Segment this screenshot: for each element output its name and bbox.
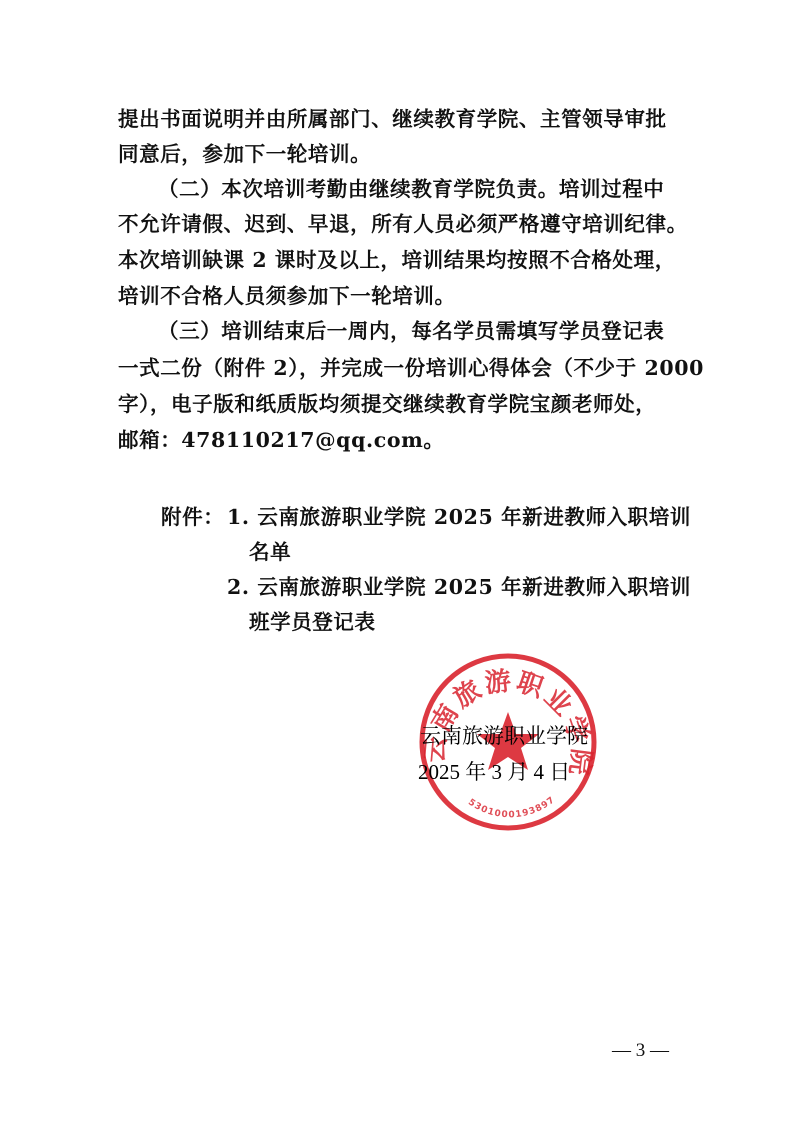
- page-number: — 3 —: [612, 1040, 669, 1062]
- attachment-item-1: 1. 云南旅游职业学院 2025 年新进教师入职培训: [227, 504, 691, 530]
- section-3-heading-line: （三）培训结束后一周内，每名学员需填写学员登记表: [158, 318, 664, 344]
- paragraph-line: 字），电子版和纸质版均须提交继续教育学院宝颜老师处，: [118, 391, 656, 417]
- attachment-item-2: 2. 云南旅游职业学院 2025 年新进教师入职培训: [227, 574, 691, 600]
- email-line: 邮箱：478110217@qq.com。: [118, 427, 445, 453]
- signing-organization: 云南旅游职业学院: [420, 720, 588, 750]
- attachments-label: 附件：: [161, 504, 224, 530]
- section-2-heading-line: （二）本次培训考勤由继续教育学院负责。培训过程中: [158, 176, 664, 202]
- paragraph-line: 培训不合格人员须参加下一轮培训。: [118, 283, 456, 309]
- paragraph-line: 提出书面说明并由所属部门、继续教育学院、主管领导审批: [118, 106, 667, 132]
- svg-text:5301000193897: 5301000193897: [466, 795, 557, 820]
- signing-date: 2025 年 3 月 4 日: [418, 756, 570, 786]
- attachment-item-1-cont: 名单: [249, 539, 291, 565]
- attachment-item-2-cont: 班学员登记表: [249, 609, 376, 635]
- paragraph-line: 同意后，参加下一轮培训。: [118, 141, 371, 167]
- paragraph-line: 一式二份（附件 2），并完成一份培训心得体会（不少于 2000: [118, 355, 704, 381]
- paragraph-line: 本次培训缺课 2 课时及以上，培训结果均按照不合格处理，: [118, 247, 676, 273]
- paragraph-line: 不允许请假、迟到、早退，所有人员必须严格遵守培训纪律。: [118, 211, 688, 237]
